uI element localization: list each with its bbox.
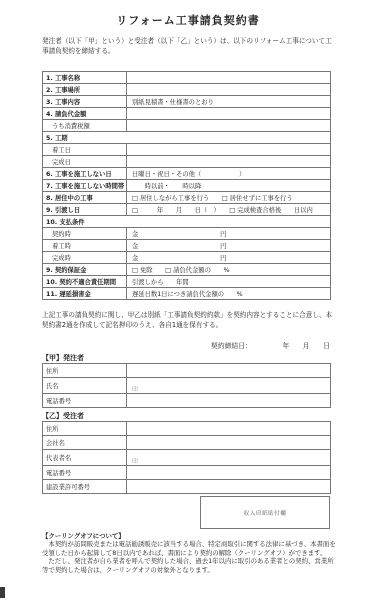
row-label: 6. 工事を施工しない日 bbox=[43, 168, 127, 180]
table-row: 着工時 金 円 bbox=[43, 240, 331, 252]
row-value bbox=[127, 72, 331, 84]
row-value: 金 円 bbox=[127, 228, 331, 240]
row-value bbox=[127, 364, 331, 378]
row-label: 完成日 bbox=[43, 156, 127, 168]
page-corner-artifact bbox=[0, 587, 5, 598]
row-value bbox=[127, 108, 331, 120]
table-row: 2. 工事場所 bbox=[43, 84, 331, 96]
row-label: 完成時 bbox=[43, 252, 127, 264]
row-label: 住所 bbox=[43, 364, 127, 378]
agreement-clause: 上記工事の請負契約に関し、甲乙は別紙「工事請負契約約款」を契約内容とすることに合… bbox=[42, 311, 336, 331]
cooling-off-paragraph-1: 本契約が訪問販売または電話勧誘販売に該当する場合、特定商取引に関する法律に基づき… bbox=[42, 540, 338, 557]
table-row: 氏名 印 bbox=[43, 378, 331, 394]
row-value bbox=[127, 144, 331, 156]
row-label: 着工日 bbox=[43, 144, 127, 156]
row-value: 時以前・ 時以降 bbox=[127, 180, 331, 192]
party-b-table: 住所 会社名 代表者名 印 電話番号 建設業許可番号 bbox=[42, 421, 331, 494]
table-row: 住所 bbox=[43, 422, 331, 436]
table-row: 完成日 bbox=[43, 156, 331, 168]
table-row: 9. 引渡し日 □ 年 月 日（ ） □ 完成検査合格後 日以内 bbox=[43, 204, 331, 216]
row-label: 着工時 bbox=[43, 240, 127, 252]
row-label: 契約時 bbox=[43, 228, 127, 240]
row-label: 電話番号 bbox=[43, 394, 127, 408]
row-label: 住所 bbox=[43, 422, 127, 436]
revenue-stamp-label: 収入印紙貼付欄 bbox=[244, 509, 287, 517]
row-label: 電話番号 bbox=[43, 466, 127, 480]
row-label: 10. 契約不適合責任期間 bbox=[43, 276, 127, 288]
table-row: 会社名 bbox=[43, 436, 331, 450]
row-label: 9. 契約保証金 bbox=[43, 264, 127, 276]
row-label: 11. 遅延損害金 bbox=[43, 288, 127, 300]
table-row: 5. 工期 bbox=[43, 132, 331, 144]
contract-terms-table: 1. 工事名称 2. 工事場所 3. 工事内容 別紙見積書・仕様書のとおり 4.… bbox=[42, 71, 331, 300]
row-value bbox=[127, 156, 331, 168]
document-title: リフォーム工事請負契約書 bbox=[0, 12, 376, 28]
intro-paragraph: 発注者（以下「甲」という）と受注者（以下「乙」という）は、以下のリフォーム工事に… bbox=[42, 37, 336, 56]
table-row: 1. 工事名称 bbox=[43, 72, 331, 84]
seal-mark: 印 bbox=[132, 384, 138, 393]
row-value bbox=[127, 466, 331, 480]
cooling-off-paragraph-2: ただし、発注者が自ら業者を呼んで契約した場合、過去1年以内に取引のある業者との契… bbox=[42, 557, 338, 574]
table-row: うち消費税額 bbox=[43, 120, 331, 132]
row-label: 代表者名 bbox=[43, 450, 127, 466]
table-row: 電話番号 bbox=[43, 466, 331, 480]
table-row: 3. 工事内容 別紙見積書・仕様書のとおり bbox=[43, 96, 331, 108]
seal-mark: 印 bbox=[132, 456, 138, 465]
row-value bbox=[127, 120, 331, 132]
contract-document-page: リフォーム工事請負契約書 発注者（以下「甲」という）と受注者（以下「乙」という）… bbox=[0, 0, 376, 600]
table-row: 着工日 bbox=[43, 144, 331, 156]
row-value bbox=[127, 436, 331, 450]
table-row: 7. 工事を施工しない時間帯 時以前・ 時以降 bbox=[43, 180, 331, 192]
row-value bbox=[127, 422, 331, 436]
name-cell-with-seal: 印 bbox=[127, 378, 331, 394]
table-row: 10. 支払条件 bbox=[43, 216, 331, 228]
contract-date-line: 契約締結日： 年 月 日 bbox=[42, 340, 330, 350]
row-label: 会社名 bbox=[43, 436, 127, 450]
row-value bbox=[127, 480, 331, 494]
row-label: 建設業許可番号 bbox=[43, 480, 127, 494]
section-header-row: 5. 工期 bbox=[43, 132, 331, 144]
row-value: 引渡しから 年間 bbox=[127, 276, 331, 288]
row-value-with-checkboxes: □ 免除 □ 請負代金額の % bbox=[127, 264, 331, 276]
table-row: 6. 工事を施工しない日 日曜日・祝日・その他（ ） bbox=[43, 168, 331, 180]
table-row: 契約時 金 円 bbox=[43, 228, 331, 240]
cooling-off-section: 【クーリングオフについて】 本契約が訪問販売または電話勧誘販売に該当する場合、特… bbox=[42, 532, 338, 574]
table-row: 4. 請負代金額 bbox=[43, 108, 331, 120]
row-label: 氏名 bbox=[43, 378, 127, 394]
row-value: 日曜日・祝日・その他（ ） bbox=[127, 168, 331, 180]
table-row: 11. 遅延損害金 遅延日数1日につき請負代金額の % bbox=[43, 288, 331, 300]
section-header-row: 10. 支払条件 bbox=[43, 216, 331, 228]
row-value: 金 円 bbox=[127, 252, 331, 264]
revenue-stamp-box: 収入印紙貼付欄 bbox=[200, 496, 330, 529]
party-a-table: 住所 氏名 印 電話番号 bbox=[42, 363, 331, 408]
name-cell-with-seal: 印 bbox=[127, 450, 331, 466]
row-value: 遅延日数1日につき請負代金額の % bbox=[127, 288, 331, 300]
row-label: 8. 居住中の工事 bbox=[43, 192, 127, 204]
table-row: 10. 契約不適合責任期間 引渡しから 年間 bbox=[43, 276, 331, 288]
row-label: 2. 工事場所 bbox=[43, 84, 127, 96]
row-value-with-checkboxes: □ 居住しながら工事を行う □ 居住せずに工事を行う bbox=[127, 192, 331, 204]
row-label: 9. 引渡し日 bbox=[43, 204, 127, 216]
table-row: 建設業許可番号 bbox=[43, 480, 331, 494]
row-value: 別紙見積書・仕様書のとおり bbox=[127, 96, 331, 108]
row-label: 4. 請負代金額 bbox=[43, 108, 127, 120]
row-value bbox=[127, 394, 331, 408]
table-row: 住所 bbox=[43, 364, 331, 378]
table-row: 9. 契約保証金 □ 免除 □ 請負代金額の % bbox=[43, 264, 331, 276]
row-value-with-checkboxes: □ 年 月 日（ ） □ 完成検査合格後 日以内 bbox=[127, 204, 331, 216]
table-row: 完成時 金 円 bbox=[43, 252, 331, 264]
row-value bbox=[127, 84, 331, 96]
row-label: 3. 工事内容 bbox=[43, 96, 127, 108]
row-label: 1. 工事名称 bbox=[43, 72, 127, 84]
table-row: 電話番号 bbox=[43, 394, 331, 408]
row-label: 7. 工事を施工しない時間帯 bbox=[43, 180, 127, 192]
row-label: うち消費税額 bbox=[43, 120, 127, 132]
table-row: 8. 居住中の工事 □ 居住しながら工事を行う □ 居住せずに工事を行う bbox=[43, 192, 331, 204]
row-value: 金 円 bbox=[127, 240, 331, 252]
table-row: 代表者名 印 bbox=[43, 450, 331, 466]
